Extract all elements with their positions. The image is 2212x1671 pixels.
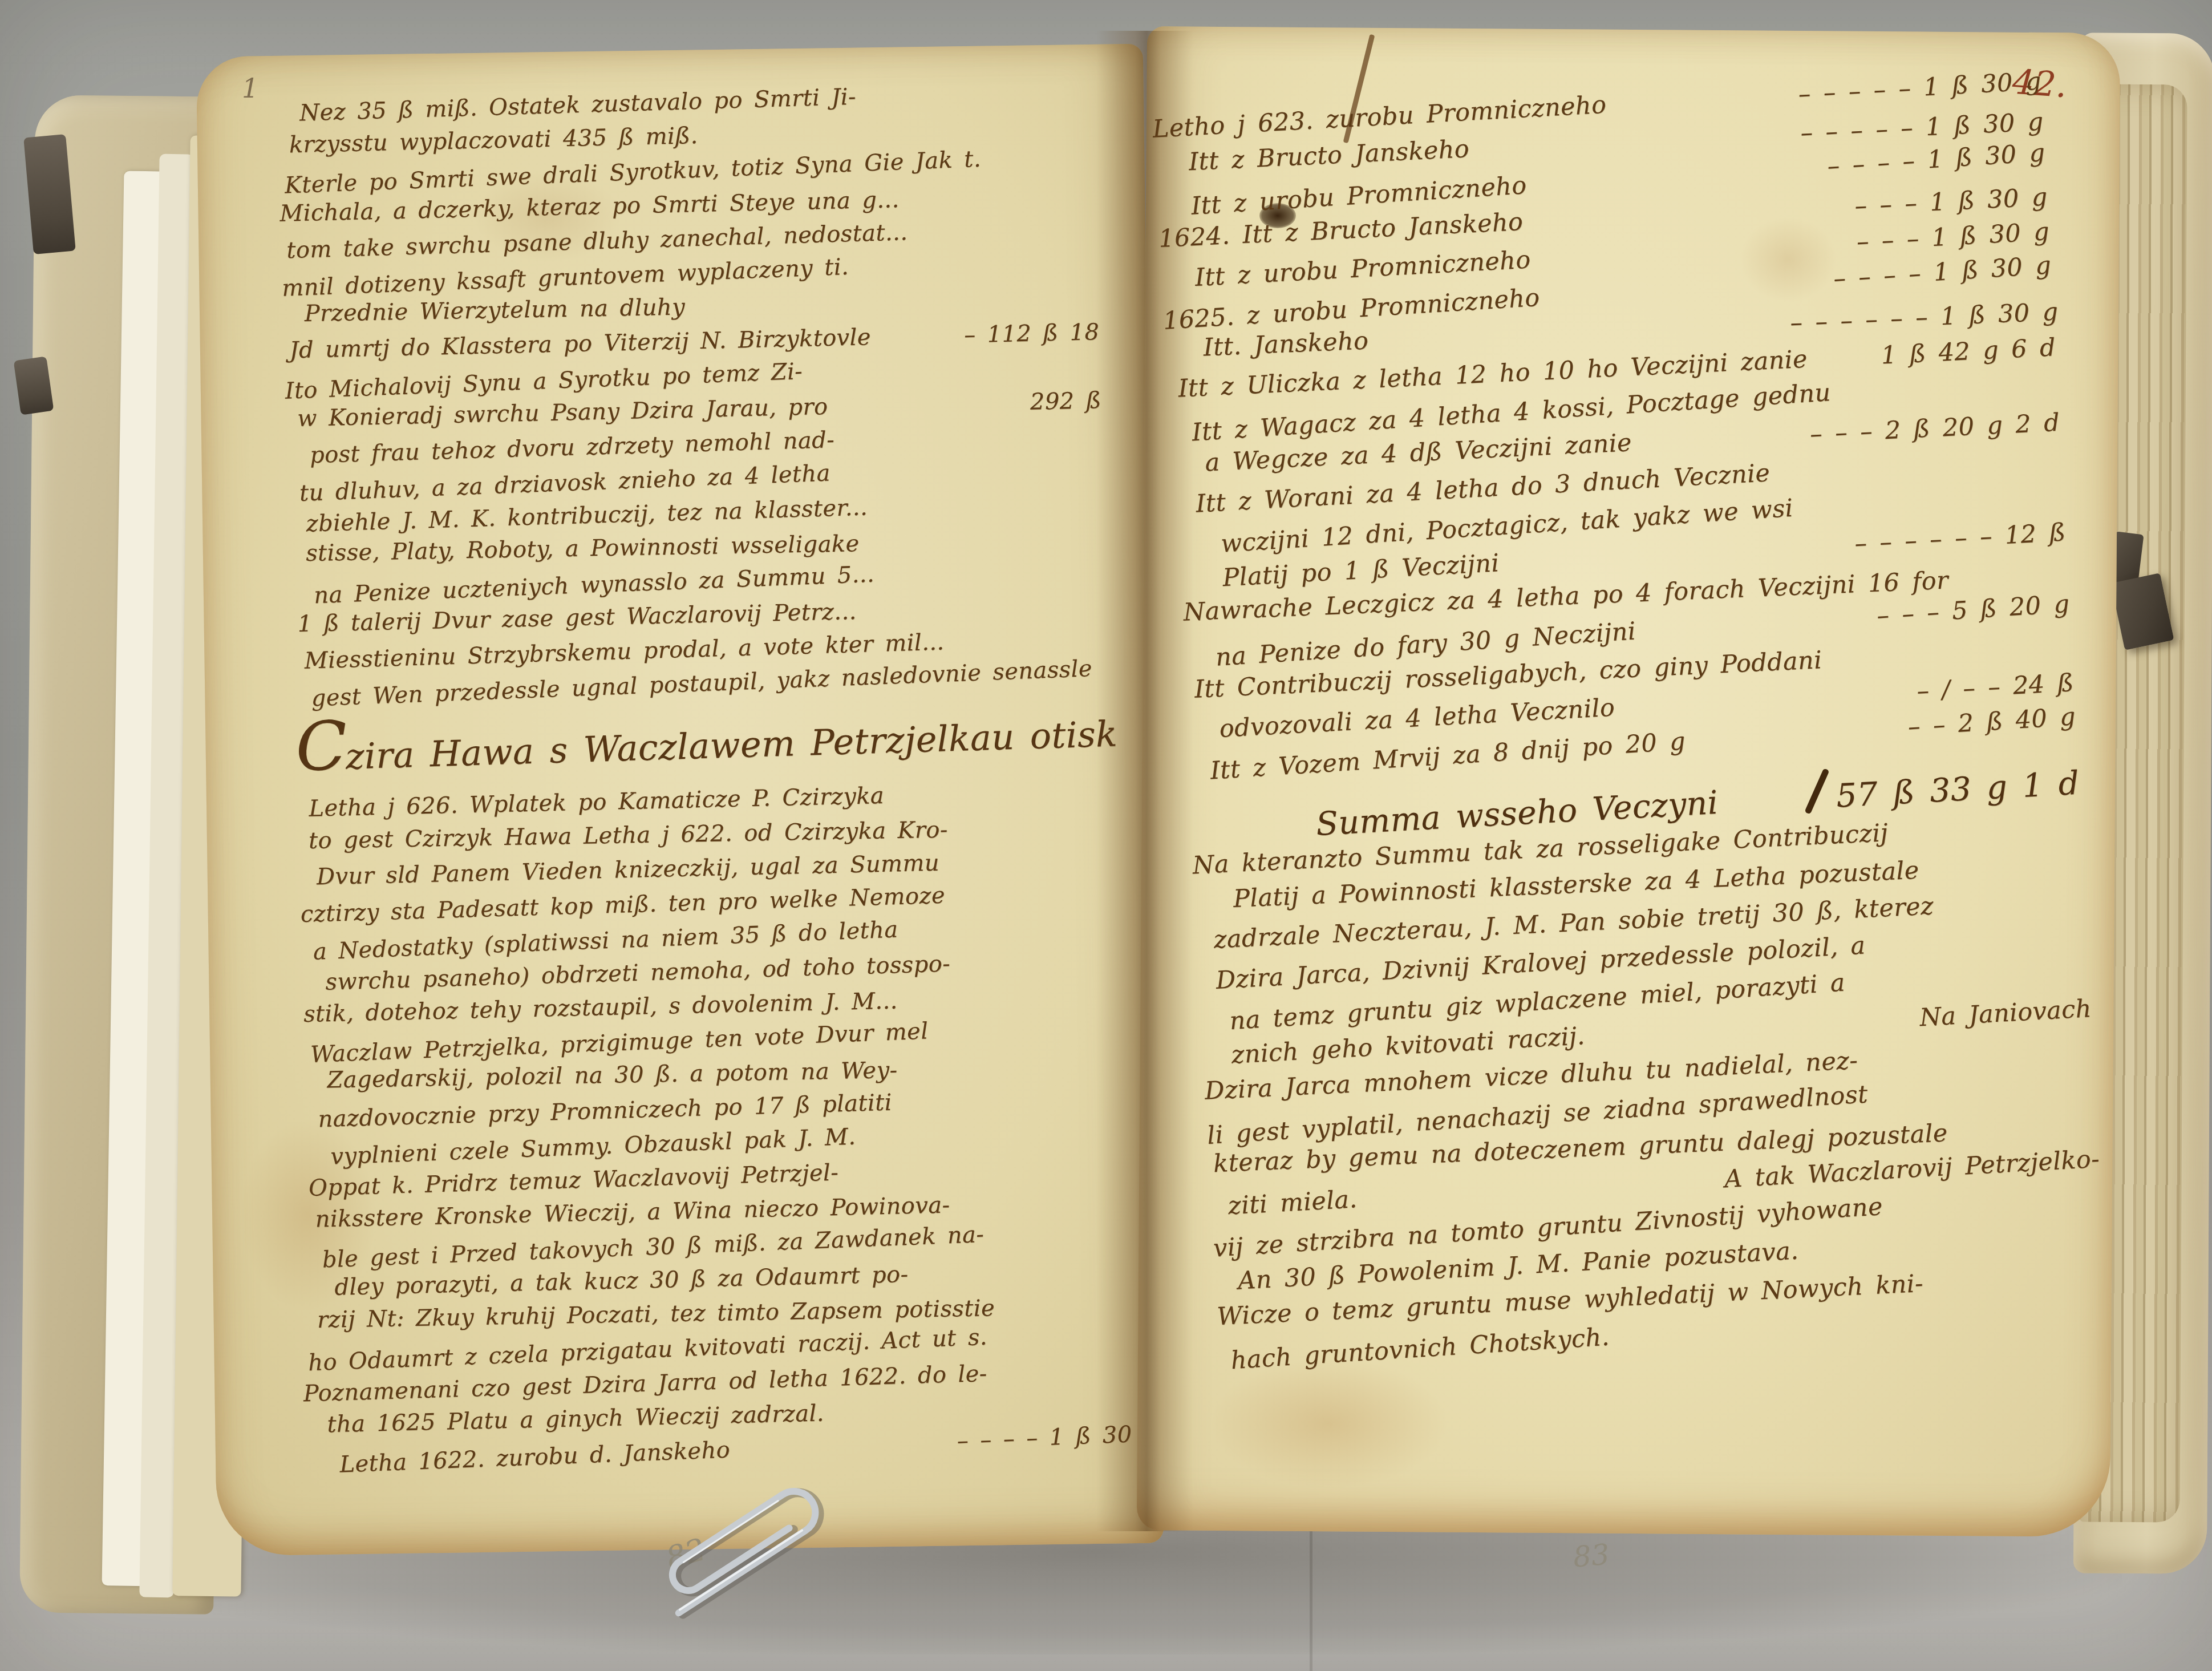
line-amount [2075, 976, 2090, 977]
line-amount [1101, 898, 1116, 899]
line-amount [2089, 1242, 2104, 1243]
line-amount [2058, 583, 2073, 584]
line-amount [2071, 907, 2086, 908]
line-amount [2049, 499, 2064, 500]
line-amount [2093, 1314, 2108, 1315]
line-amount [1111, 1236, 1126, 1237]
line-amount: – – – – 1 ß 30 [942, 1417, 1133, 1459]
line-amount [1081, 234, 1096, 234]
line-amount [1079, 134, 1093, 135]
corner-mark: 1 [242, 73, 258, 104]
line-amount [1077, 97, 1092, 98]
line-amount [1089, 508, 1104, 508]
line-amount [2057, 656, 2072, 657]
line-amount [1083, 265, 1097, 265]
line-amount [1103, 966, 1118, 967]
line-amount [1098, 798, 1113, 799]
line-amount [1112, 1277, 1127, 1277]
line-amount [1105, 1031, 1120, 1031]
left-page-text: Nez 35 ß miß. Ostatek zustavalo po Smrti… [276, 72, 1132, 1479]
line-amount [1111, 1208, 1125, 1209]
line-amount [1104, 1004, 1119, 1004]
line-amount [2088, 1135, 2102, 1135]
line-amount [1116, 1414, 1131, 1414]
line-amount [1093, 645, 1108, 645]
line-amount: 292 ß [1015, 383, 1101, 419]
line-amount [2073, 871, 2088, 872]
line-amount [1085, 367, 1100, 368]
line-amount [1102, 929, 1117, 929]
line-amount [1100, 867, 1115, 867]
line-amount [1093, 613, 1108, 614]
line-text: ziti miela. [1227, 1180, 1358, 1225]
line-amount [1080, 203, 1095, 203]
line-amount [1115, 1339, 1129, 1340]
line-amount [1116, 1377, 1131, 1377]
line-amount [2087, 1201, 2102, 1202]
line-amount [1079, 162, 1094, 163]
line-amount: Na Janiovach [1904, 990, 2093, 1038]
right-page-text: Letho j 623. zurobu Promniczneho – – – –… [1152, 62, 2109, 1376]
line-amount [2047, 465, 2062, 466]
line-amount [1108, 1134, 1123, 1134]
line-amount [1109, 1171, 1124, 1172]
pencil-folio-right: 83 [1572, 1538, 1611, 1573]
line-amount: 57 ß 33 g 1 d [1801, 746, 2080, 817]
line-amount [2043, 386, 2058, 387]
photo-background: 1 42. Nez 35 ß miß. Ostatek zustavalo po… [0, 0, 2212, 1671]
line-amount [1095, 675, 1109, 676]
line-amount [2092, 1283, 2106, 1284]
line-amount [2067, 832, 2082, 832]
line-amount [1088, 439, 1103, 440]
line-amount [1107, 1103, 1122, 1104]
line-amount [2079, 1057, 2094, 1058]
line-amount [1089, 470, 1104, 471]
line-text: Itt. Janskeho [1202, 322, 1369, 366]
line-amount [1092, 573, 1107, 573]
line-amount [2081, 1088, 2096, 1089]
line-text: Przednie Wierzytelum na dluhy [304, 290, 685, 331]
line-amount [2073, 941, 2088, 942]
